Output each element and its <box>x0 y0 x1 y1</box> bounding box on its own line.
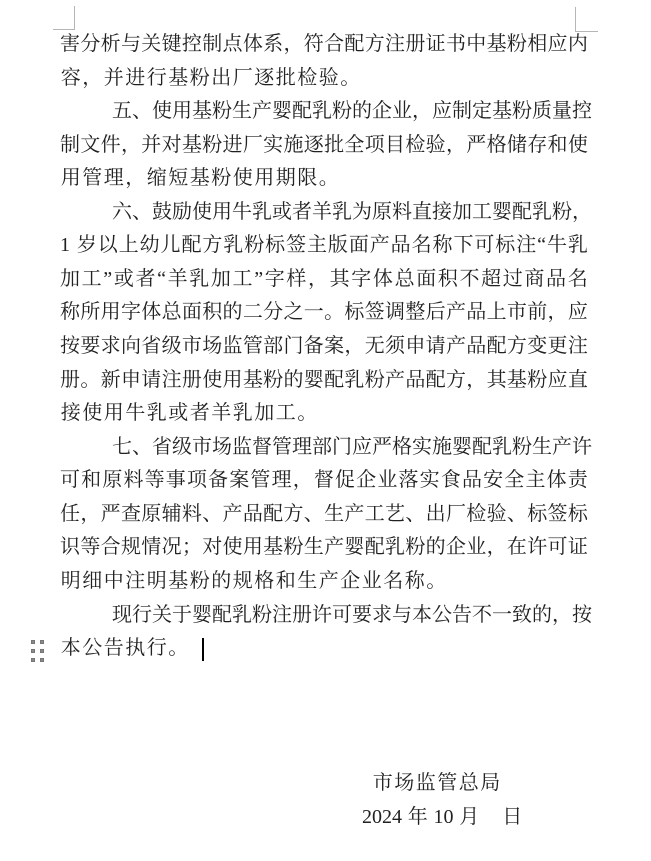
text-line[interactable]: 六、鼓励使用牛乳或者羊乳为原料直接加工婴配乳粉， <box>60 201 588 224</box>
text-line[interactable]: 制文件，并对基粉进厂实施逐批全项目检验，严格储存和使 <box>60 134 588 157</box>
text-line[interactable]: 害分析与关键控制点体系，符合配方注册证书中基粉相应内 <box>60 33 588 56</box>
text-line[interactable]: 识等合规情况；对使用基粉生产婴配乳粉的企业，在许可证 <box>60 536 588 559</box>
text-line[interactable]: 现行关于婴配乳粉注册许可要求与本公告不一致的，按 <box>60 604 588 627</box>
text-line[interactable]: 可和原料等事项备案管理，督促企业落实食品安全主体责 <box>60 469 588 492</box>
text-line[interactable]: 本公告执行。 <box>60 637 588 660</box>
signature-line[interactable]: 市场监管总局 <box>372 771 501 795</box>
text-line[interactable]: 册。新申请注册使用基粉的婴配乳粉产品配方，其基粉应直 <box>60 369 588 392</box>
text-line[interactable]: 明细中注明基粉的规格和生产企业名称。 <box>60 570 588 593</box>
text-boundary-mark-top-left-icon <box>53 6 75 30</box>
text-line[interactable]: 任，严查原辅料、产品配方、生产工艺、出厂检验、标签标 <box>60 503 588 526</box>
text-line[interactable]: 用管理，缩短基粉使用期限。 <box>60 167 588 190</box>
text-line[interactable]: 1 岁以上幼儿配方乳粉标签主版面产品名称下可标注“牛乳 <box>60 234 588 257</box>
text-line[interactable]: 称所用字体总面积的二分之一。标签调整后产品上市前，应 <box>60 301 588 324</box>
document-page[interactable]: 害分析与关键控制点体系，符合配方注册证书中基粉相应内 容，并进行基粉出厂逐批检验… <box>0 0 651 861</box>
text-line[interactable]: 七、省级市场监督管理部门应严格实施婴配乳粉生产许 <box>60 436 588 459</box>
text-line[interactable]: 接使用牛乳或者羊乳加工。 <box>60 402 588 425</box>
text-line[interactable]: 按要求向省级市场监管部门备案，无须申请产品配方变更注 <box>60 335 588 358</box>
text-line[interactable]: 五、使用基粉生产婴配乳粉的企业，应制定基粉质量控 <box>60 100 588 123</box>
text-line[interactable]: 容，并进行基粉出厂逐批检验。 <box>60 67 588 90</box>
text-cursor <box>202 638 204 661</box>
date-line[interactable]: 2024 年 10 月 日 <box>362 805 523 829</box>
drag-handle-icon[interactable] <box>31 640 44 662</box>
text-line[interactable]: 加工”或者“羊乳加工”字样，其字体总面积不超过商品名 <box>60 268 588 291</box>
text-boundary-mark-top-right-icon <box>575 7 598 32</box>
